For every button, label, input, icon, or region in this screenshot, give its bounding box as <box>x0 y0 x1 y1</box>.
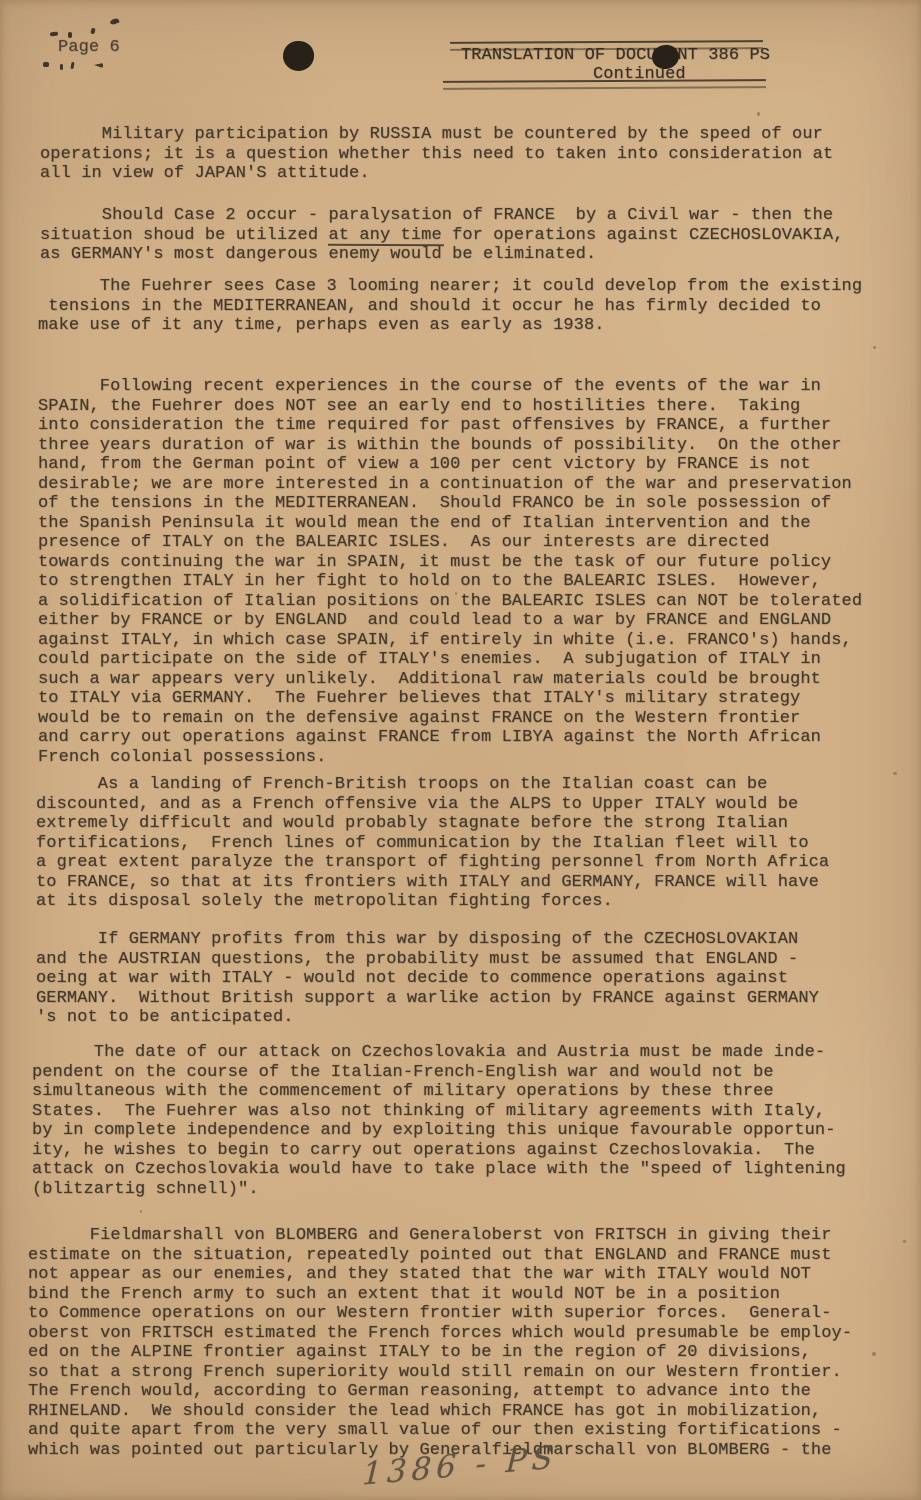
ink-mark <box>43 62 49 67</box>
ink-mark <box>50 31 58 36</box>
ink-mark <box>94 63 103 68</box>
paper-speck <box>872 1352 876 1356</box>
ink-mark <box>60 64 63 70</box>
paragraph-3: The Fuehrer sees Case 3 looming nearer; … <box>38 277 862 336</box>
paper-speck <box>873 346 876 349</box>
paragraph-1: Military participation by RUSSIA must be… <box>40 125 833 184</box>
paper-speck <box>455 592 457 595</box>
paragraph-4: Following recent experiences in the cour… <box>38 377 862 767</box>
ink-mark <box>70 62 74 69</box>
paragraph-5: As a landing of French-British troops on… <box>36 775 829 912</box>
paragraph-8: Fieldmarshall von BLOMBERG and Generalob… <box>28 1226 852 1460</box>
paper-speck <box>140 1210 142 1213</box>
ink-mark <box>90 28 95 35</box>
paragraph-2: Should Case 2 occur - paralysation of FR… <box>40 206 844 265</box>
ink-mark <box>109 18 119 26</box>
stamp-rule-bottom <box>443 79 766 90</box>
document-scan-page: Page 6 TRANSLATION OF DOCUMENT 386 PS Co… <box>0 0 921 1500</box>
stamp-title: TRANSLATION OF DOCUMENT 386 PS <box>461 46 770 66</box>
paragraph-6: If GERMANY profits from this war by disp… <box>36 930 819 1028</box>
page-number-label: Page 6 <box>58 38 120 58</box>
paper-speck <box>757 112 760 116</box>
paragraph-7: The date of our attack on Czechoslovakia… <box>32 1043 846 1199</box>
paper-speck <box>903 1240 906 1243</box>
ink-mark <box>68 32 72 38</box>
paper-speck <box>893 772 897 775</box>
punch-hole <box>281 39 316 73</box>
